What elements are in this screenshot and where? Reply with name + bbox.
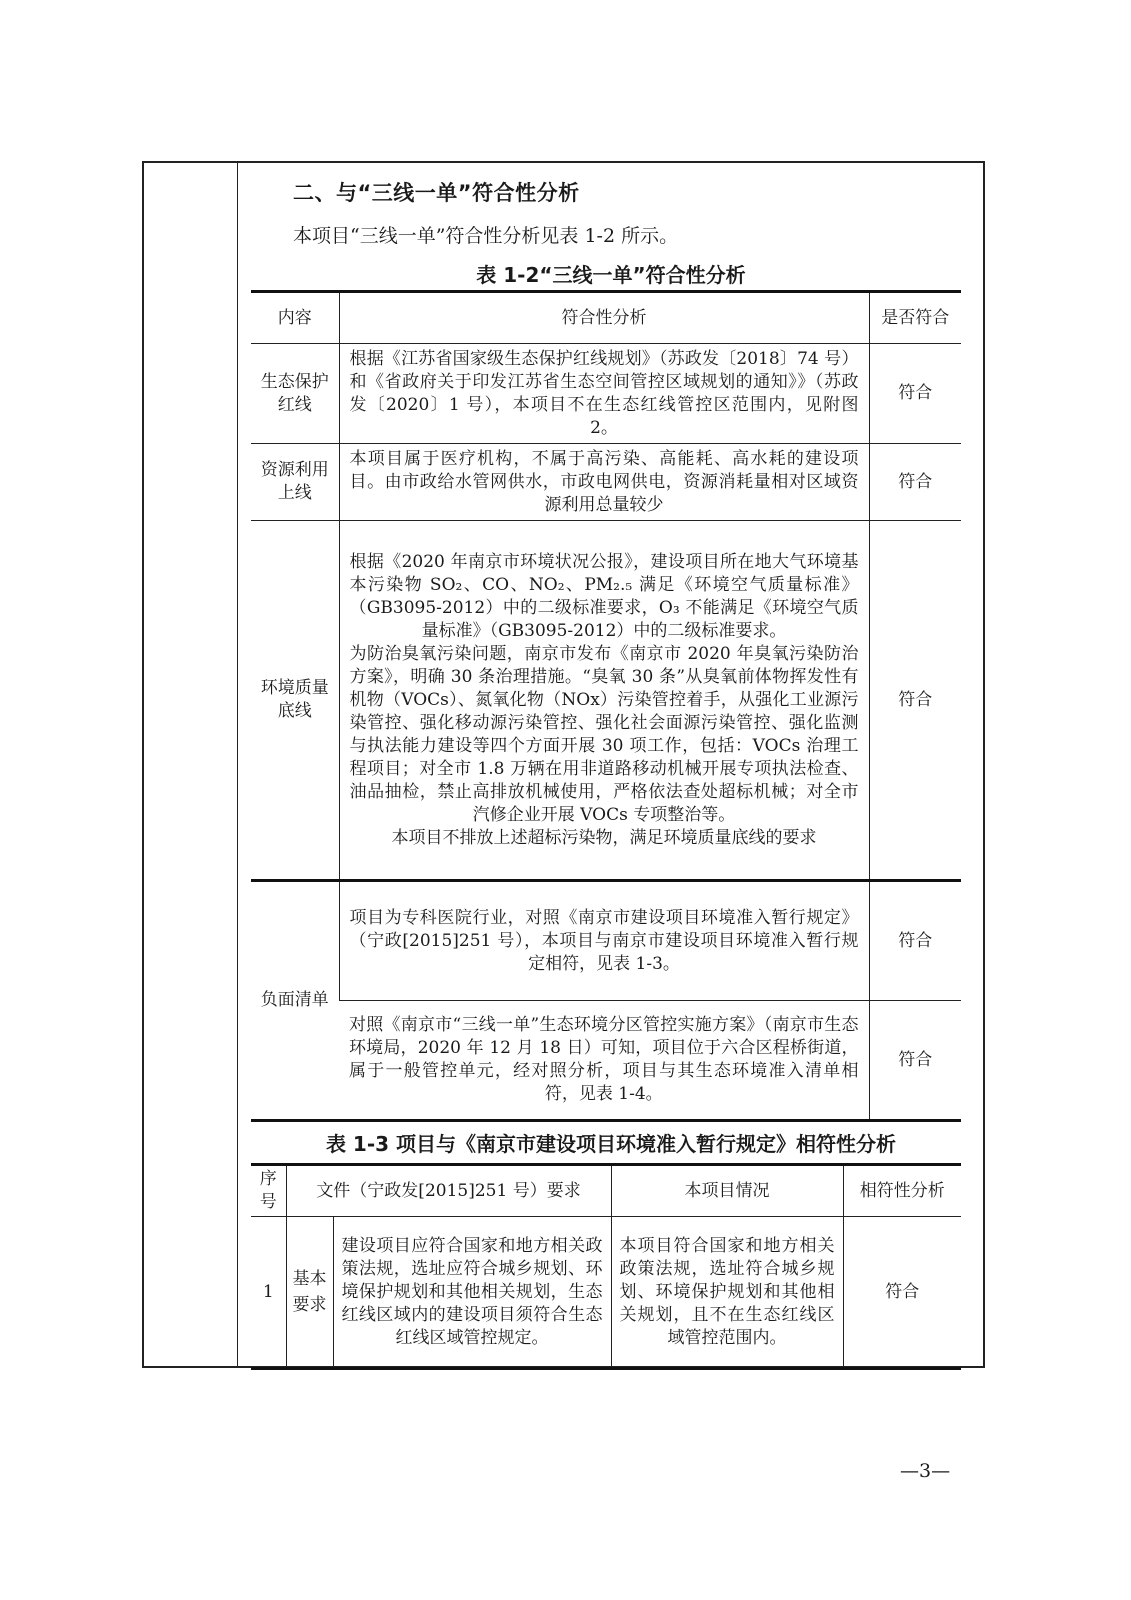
row-item: 负面清单 bbox=[251, 881, 339, 1121]
row-result: 符合 bbox=[869, 344, 961, 444]
row-situation: 本项目符合国家和地方相关政策法规，选址符合城乡规划、环境保护规划和其他相关规划，… bbox=[611, 1217, 843, 1369]
table-row: 对照《南京市“三线一单”生态环境分区管控实施方案》（南京市生态环境局，2020 … bbox=[251, 1001, 961, 1121]
row-category: 基本要求 bbox=[286, 1217, 333, 1369]
row-analysis: 根据《2020 年南京市环境状况公报》，建设项目所在地大气环境基本污染物 SO₂… bbox=[339, 521, 869, 881]
analysis-paragraph: 本项目不排放上述超标污染物，满足环境质量底线的要求 bbox=[350, 827, 859, 850]
row-item: 生态保护红线 bbox=[251, 344, 339, 444]
frame-divider bbox=[237, 163, 238, 1366]
analysis-paragraph: 为防治臭氧污染问题，南京市发布《南京市 2020 年臭氧污染防治方案》，明确 3… bbox=[350, 643, 859, 827]
analysis-paragraph: 根据《2020 年南京市环境状况公报》，建设项目所在地大气环境基本污染物 SO₂… bbox=[350, 551, 859, 643]
header-requirement: 文件（宁政发[2015]251 号）要求 bbox=[286, 1165, 611, 1217]
row-item: 资源利用上线 bbox=[251, 444, 339, 521]
row-requirement: 建设项目应符合国家和地方相关政策法规，选址应符合城乡规划、环境保护规划和其他相关… bbox=[333, 1217, 611, 1369]
table-1-2: 内容 符合性分析 是否符合 生态保护红线 根据《江苏省国家级生态保护红线规划》（… bbox=[251, 290, 961, 1122]
row-result: 符合 bbox=[869, 881, 961, 1001]
row-result: 符合 bbox=[869, 444, 961, 521]
row-analysis: 项目为专科医院行业，对照《南京市建设项目环境准入暂行规定》（宁政[2015]25… bbox=[339, 881, 869, 1001]
table-header-row: 序号 文件（宁政发[2015]251 号）要求 本项目情况 相符性分析 bbox=[251, 1165, 961, 1217]
row-result: 符合 bbox=[869, 1001, 961, 1121]
section-heading: 二、与“三线一单”符合性分析 bbox=[293, 177, 580, 207]
header-result: 是否符合 bbox=[869, 292, 961, 344]
row-no: 1 bbox=[251, 1217, 286, 1369]
table-row: 负面清单 项目为专科医院行业，对照《南京市建设项目环境准入暂行规定》（宁政[20… bbox=[251, 881, 961, 1001]
table-row: 生态保护红线 根据《江苏省国家级生态保护红线规划》（苏政发〔2018〕74 号）… bbox=[251, 344, 961, 444]
table-header-row: 内容 符合性分析 是否符合 bbox=[251, 292, 961, 344]
header-result: 相符性分析 bbox=[843, 1165, 961, 1217]
header-situation: 本项目情况 bbox=[611, 1165, 843, 1217]
table-1-2-caption: 表 1-2“三线一单”符合性分析 bbox=[251, 259, 971, 288]
header-analysis: 符合性分析 bbox=[339, 292, 869, 344]
header-no: 序号 bbox=[251, 1165, 286, 1217]
row-item: 环境质量底线 bbox=[251, 521, 339, 881]
header-item: 内容 bbox=[251, 292, 339, 344]
row-result: 符合 bbox=[869, 521, 961, 881]
table-1-3-caption: 表 1-3 项目与《南京市建设项目环境准入暂行规定》相符性分析 bbox=[251, 1128, 971, 1157]
table-row: 环境质量底线 根据《2020 年南京市环境状况公报》，建设项目所在地大气环境基本… bbox=[251, 521, 961, 881]
table-row: 1 基本要求 建设项目应符合国家和地方相关政策法规，选址应符合城乡规划、环境保护… bbox=[251, 1217, 961, 1369]
document-frame: 二、与“三线一单”符合性分析 本项目“三线一单”符合性分析见表 1-2 所示。 … bbox=[142, 161, 985, 1368]
table-row: 资源利用上线 本项目属于医疗机构，不属于高污染、高能耗、高水耗的建设项目。由市政… bbox=[251, 444, 961, 521]
section-intro: 本项目“三线一单”符合性分析见表 1-2 所示。 bbox=[293, 221, 678, 248]
table-1-3: 序号 文件（宁政发[2015]251 号）要求 本项目情况 相符性分析 1 基本… bbox=[251, 1163, 961, 1370]
row-analysis: 本项目属于医疗机构，不属于高污染、高能耗、高水耗的建设项目。由市政给水管网供水，… bbox=[339, 444, 869, 521]
row-analysis: 对照《南京市“三线一单”生态环境分区管控实施方案》（南京市生态环境局，2020 … bbox=[339, 1001, 869, 1121]
row-result: 符合 bbox=[843, 1217, 961, 1369]
row-analysis: 根据《江苏省国家级生态保护红线规划》（苏政发〔2018〕74 号）和《省政府关于… bbox=[339, 344, 869, 444]
page-number: —3— bbox=[900, 1460, 950, 1482]
